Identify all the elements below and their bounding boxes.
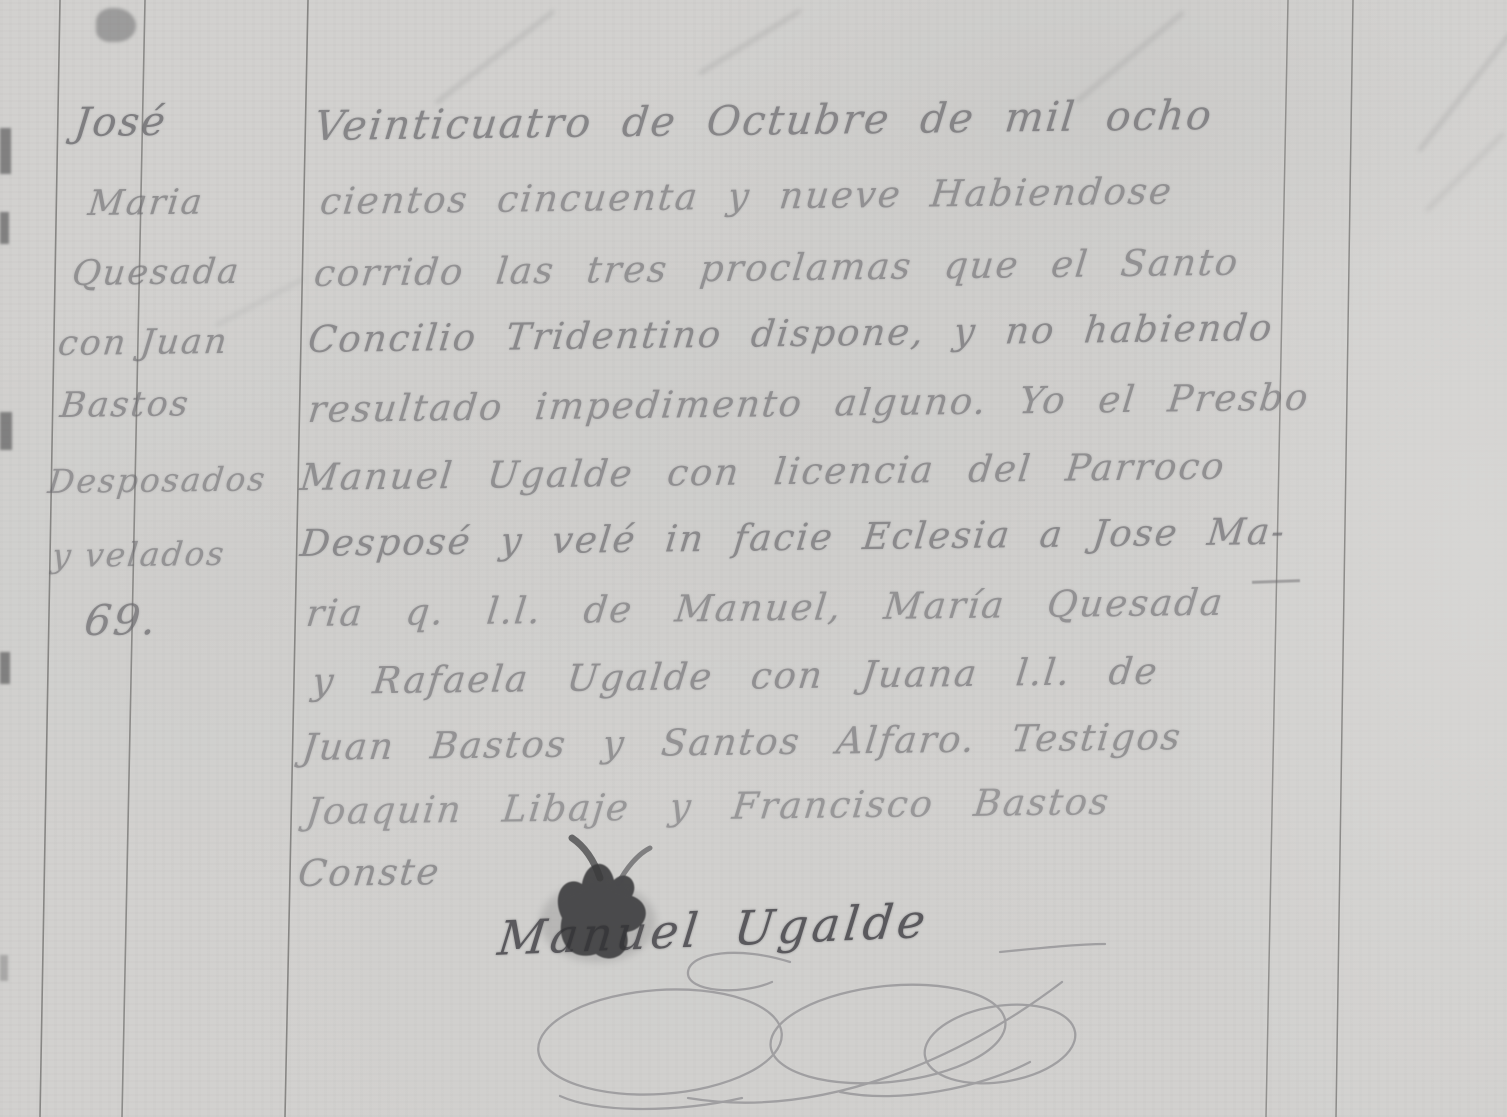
- scanned-document-page: José Maria Quesada con Juan Bastos Despo…: [0, 0, 1507, 1117]
- signature-rubric: [0, 0, 1507, 1117]
